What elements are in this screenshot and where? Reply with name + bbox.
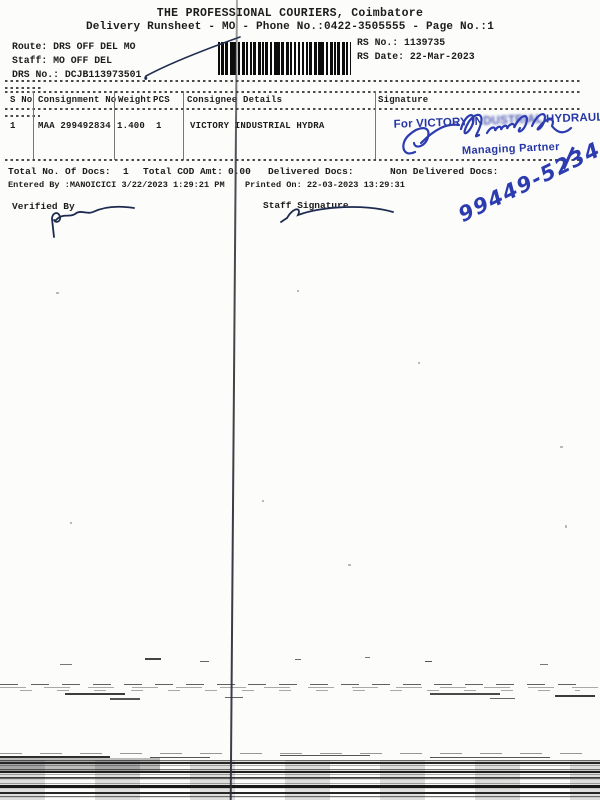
- cell-weight: 1.400: [117, 121, 145, 131]
- scan-artifact: [145, 658, 161, 660]
- scan-speck: [262, 500, 264, 502]
- cell-consignee: VICTORY INDUSTRIAL HYDRA: [190, 121, 324, 131]
- scan-artifact: [430, 757, 550, 758]
- route-line: Route: DRS OFF DEL MO: [12, 40, 135, 54]
- scan-artifact: [365, 657, 370, 658]
- scan-streak-line: [0, 684, 585, 685]
- verified-by-signature-mark: [42, 203, 142, 241]
- scanned-delivery-runsheet: THE PROFESSIONAL COURIERS, Coimbatore De…: [0, 0, 600, 800]
- scan-artifact: [200, 661, 209, 662]
- scan-artifact: [0, 785, 600, 788]
- scan-artifact: [430, 693, 500, 695]
- scan-artifact: [65, 693, 125, 695]
- rs-date: RS Date: 22-Mar-2023: [357, 50, 475, 64]
- scan-artifact: [60, 664, 72, 665]
- scan-speck: [418, 362, 420, 364]
- delivered-docs-label: Delivered Docs:: [268, 166, 354, 177]
- cell-pcs: 1: [156, 121, 162, 131]
- column-separator: [375, 91, 376, 160]
- staff-line: Staff: MO OFF DEL: [12, 54, 112, 68]
- printed-on-line: Printed On: 22-03-2023 13:29:31: [245, 180, 405, 190]
- table-rule-stub: [5, 115, 40, 117]
- table-rule-top: [5, 91, 580, 93]
- scan-artifact: [110, 698, 140, 700]
- scan-artifact: [295, 659, 301, 660]
- scan-artifact: [280, 755, 370, 756]
- header-divider: [5, 80, 580, 82]
- col-header-weight: Weight: [118, 95, 152, 105]
- staff-signature-mark: [273, 202, 398, 228]
- scan-artifact: [540, 664, 548, 665]
- scan-artifact: [0, 792, 600, 794]
- scan-speck: [565, 525, 567, 528]
- column-separator: [183, 91, 184, 160]
- scan-artifact: [0, 777, 600, 778]
- rs-no: RS No.: 1139735: [357, 36, 445, 50]
- cod-label: Total COD Amt:: [143, 166, 223, 177]
- scan-speck: [56, 292, 59, 294]
- col-header-pcs: PCS: [153, 95, 170, 105]
- scan-artifact: [490, 698, 515, 699]
- scan-speck: [348, 564, 351, 566]
- scan-streak-line: [0, 687, 600, 688]
- total-docs-value: 1: [123, 166, 129, 177]
- cell-sno: 1: [10, 121, 16, 131]
- cell-consignment-no: MAA 299492834: [38, 121, 111, 131]
- scan-artifact: [0, 758, 160, 772]
- scan-artifact: [425, 661, 432, 662]
- entered-by-line: Entered By :MANOICICI 3/22/2023 1:29:21 …: [8, 180, 225, 190]
- page-subtitle: Delivery Runsheet - MO - Phone No.:0422-…: [0, 21, 580, 33]
- scan-streak-line: [0, 753, 600, 754]
- fold-line: [230, 0, 238, 800]
- scan-streak-line: [20, 690, 580, 691]
- col-header-consignment: Consignment No: [38, 95, 116, 105]
- pen-curve-mark: [140, 32, 245, 82]
- page-title: THE PROFESSIONAL COURIERS, Coimbatore: [0, 7, 580, 20]
- cod-value: 0.00: [228, 166, 251, 177]
- column-separator: [33, 91, 34, 160]
- scan-speck: [70, 522, 72, 524]
- divider-stub: [5, 87, 42, 89]
- column-separator: [114, 91, 115, 160]
- scan-artifact: [555, 695, 595, 697]
- total-docs-label: Total No. Of Docs:: [8, 166, 111, 177]
- col-header-sno: S No: [10, 95, 32, 105]
- scan-artifact: [0, 762, 600, 764]
- scan-speck: [297, 290, 299, 292]
- scan-artifact: [225, 697, 243, 698]
- scan-artifact: [0, 771, 600, 773]
- scan-speck: [560, 446, 563, 448]
